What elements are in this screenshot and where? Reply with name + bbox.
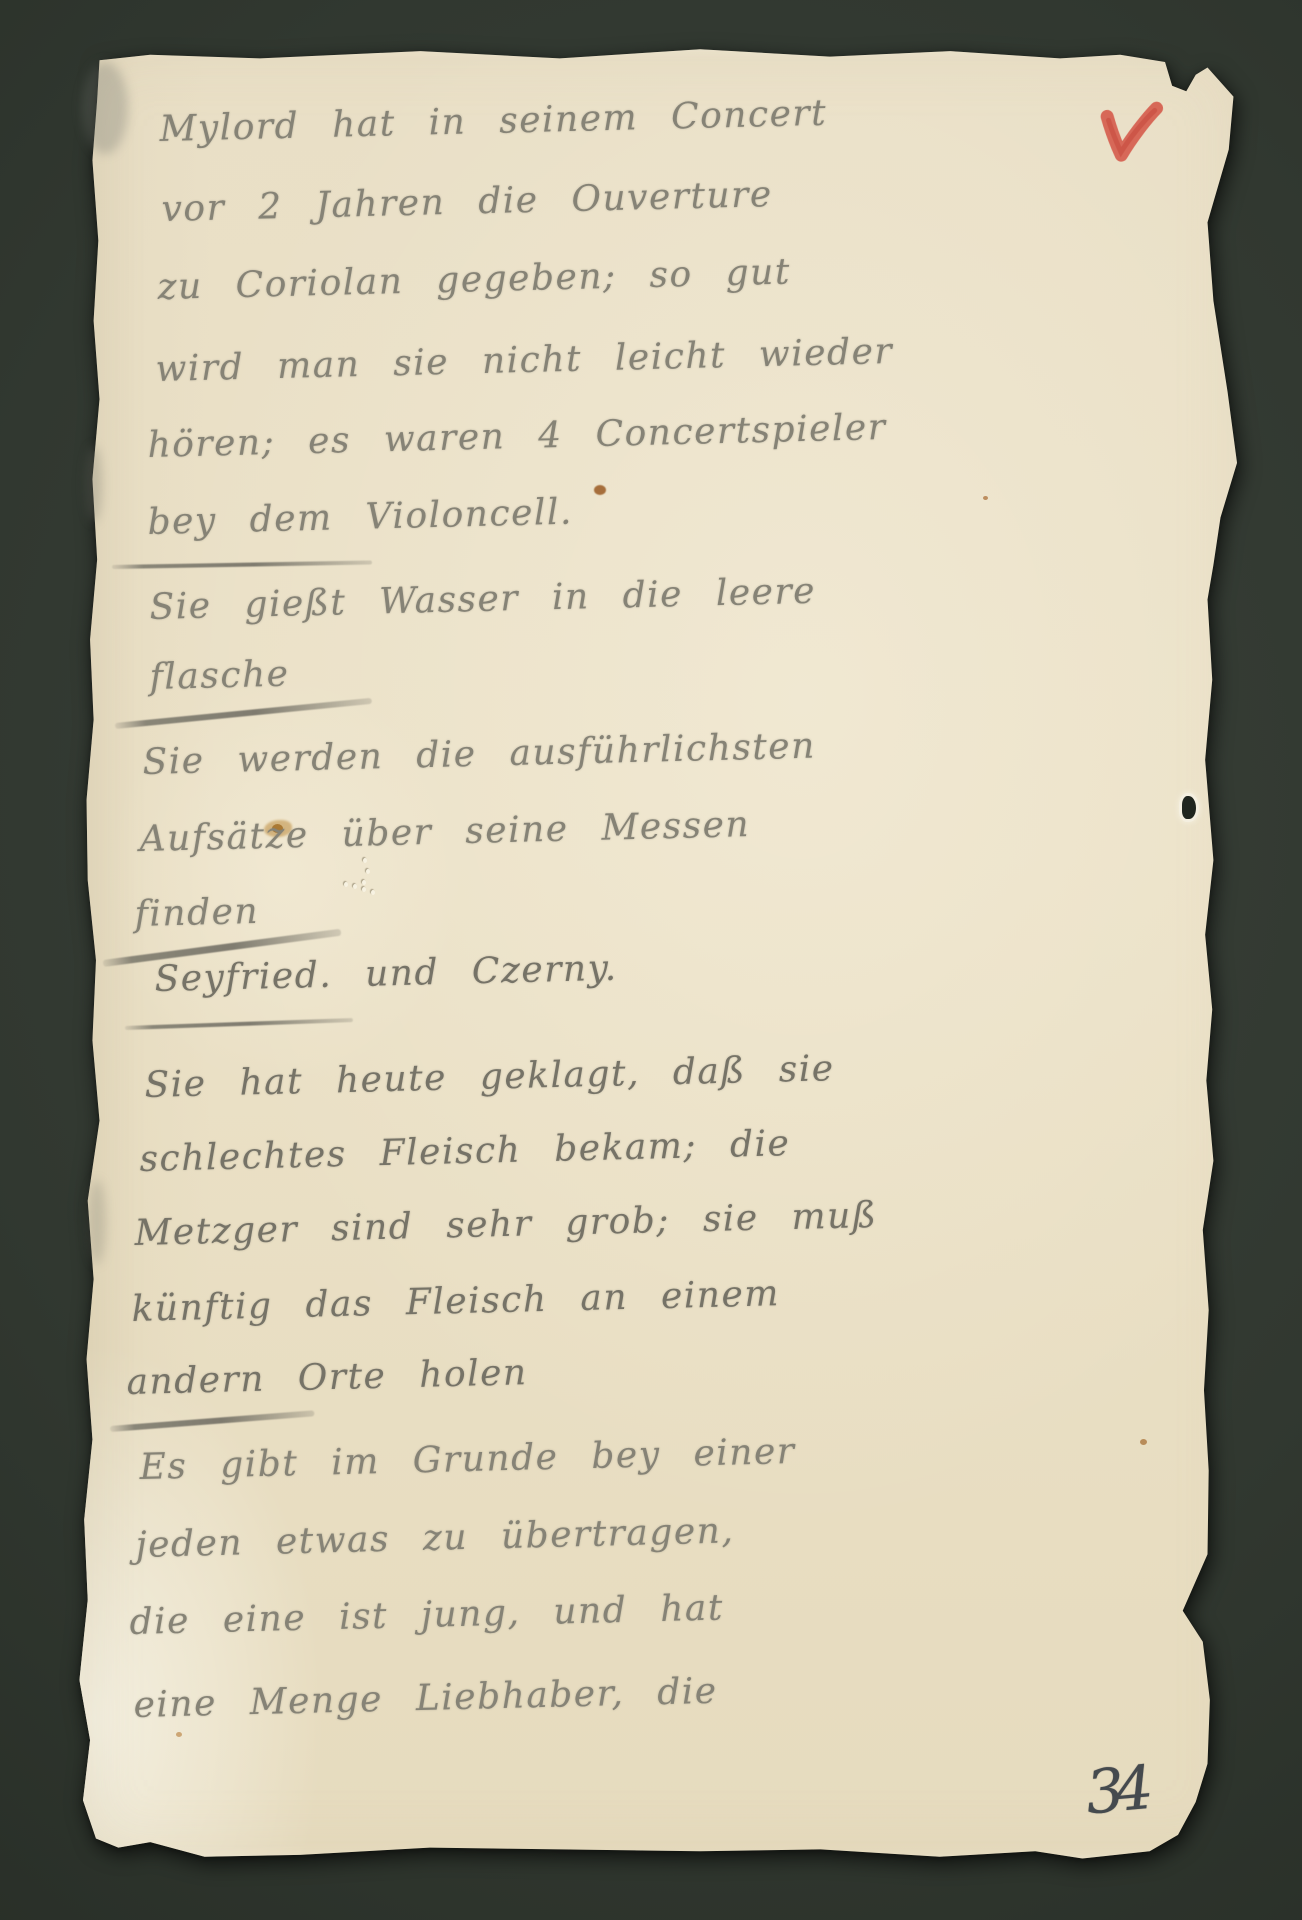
red-checkmark-icon [1093, 99, 1169, 168]
pinprick [371, 890, 375, 895]
scan-background: Mylord hat in seinem Concert vor 2 Jahre… [0, 0, 1302, 1920]
pinprick [366, 869, 370, 874]
manuscript-line: andern Orte holen [126, 1355, 528, 1401]
pinprick [344, 882, 348, 887]
manuscript-line: finden [134, 894, 259, 933]
manuscript-line: bey dem Violoncell. [147, 495, 573, 541]
page-number: 34 [1083, 1754, 1147, 1829]
manuscript-line: flasche [149, 657, 290, 696]
pinprick [363, 858, 367, 863]
pinprick [362, 887, 366, 892]
pinprick [362, 880, 366, 885]
pinprick [353, 884, 357, 889]
